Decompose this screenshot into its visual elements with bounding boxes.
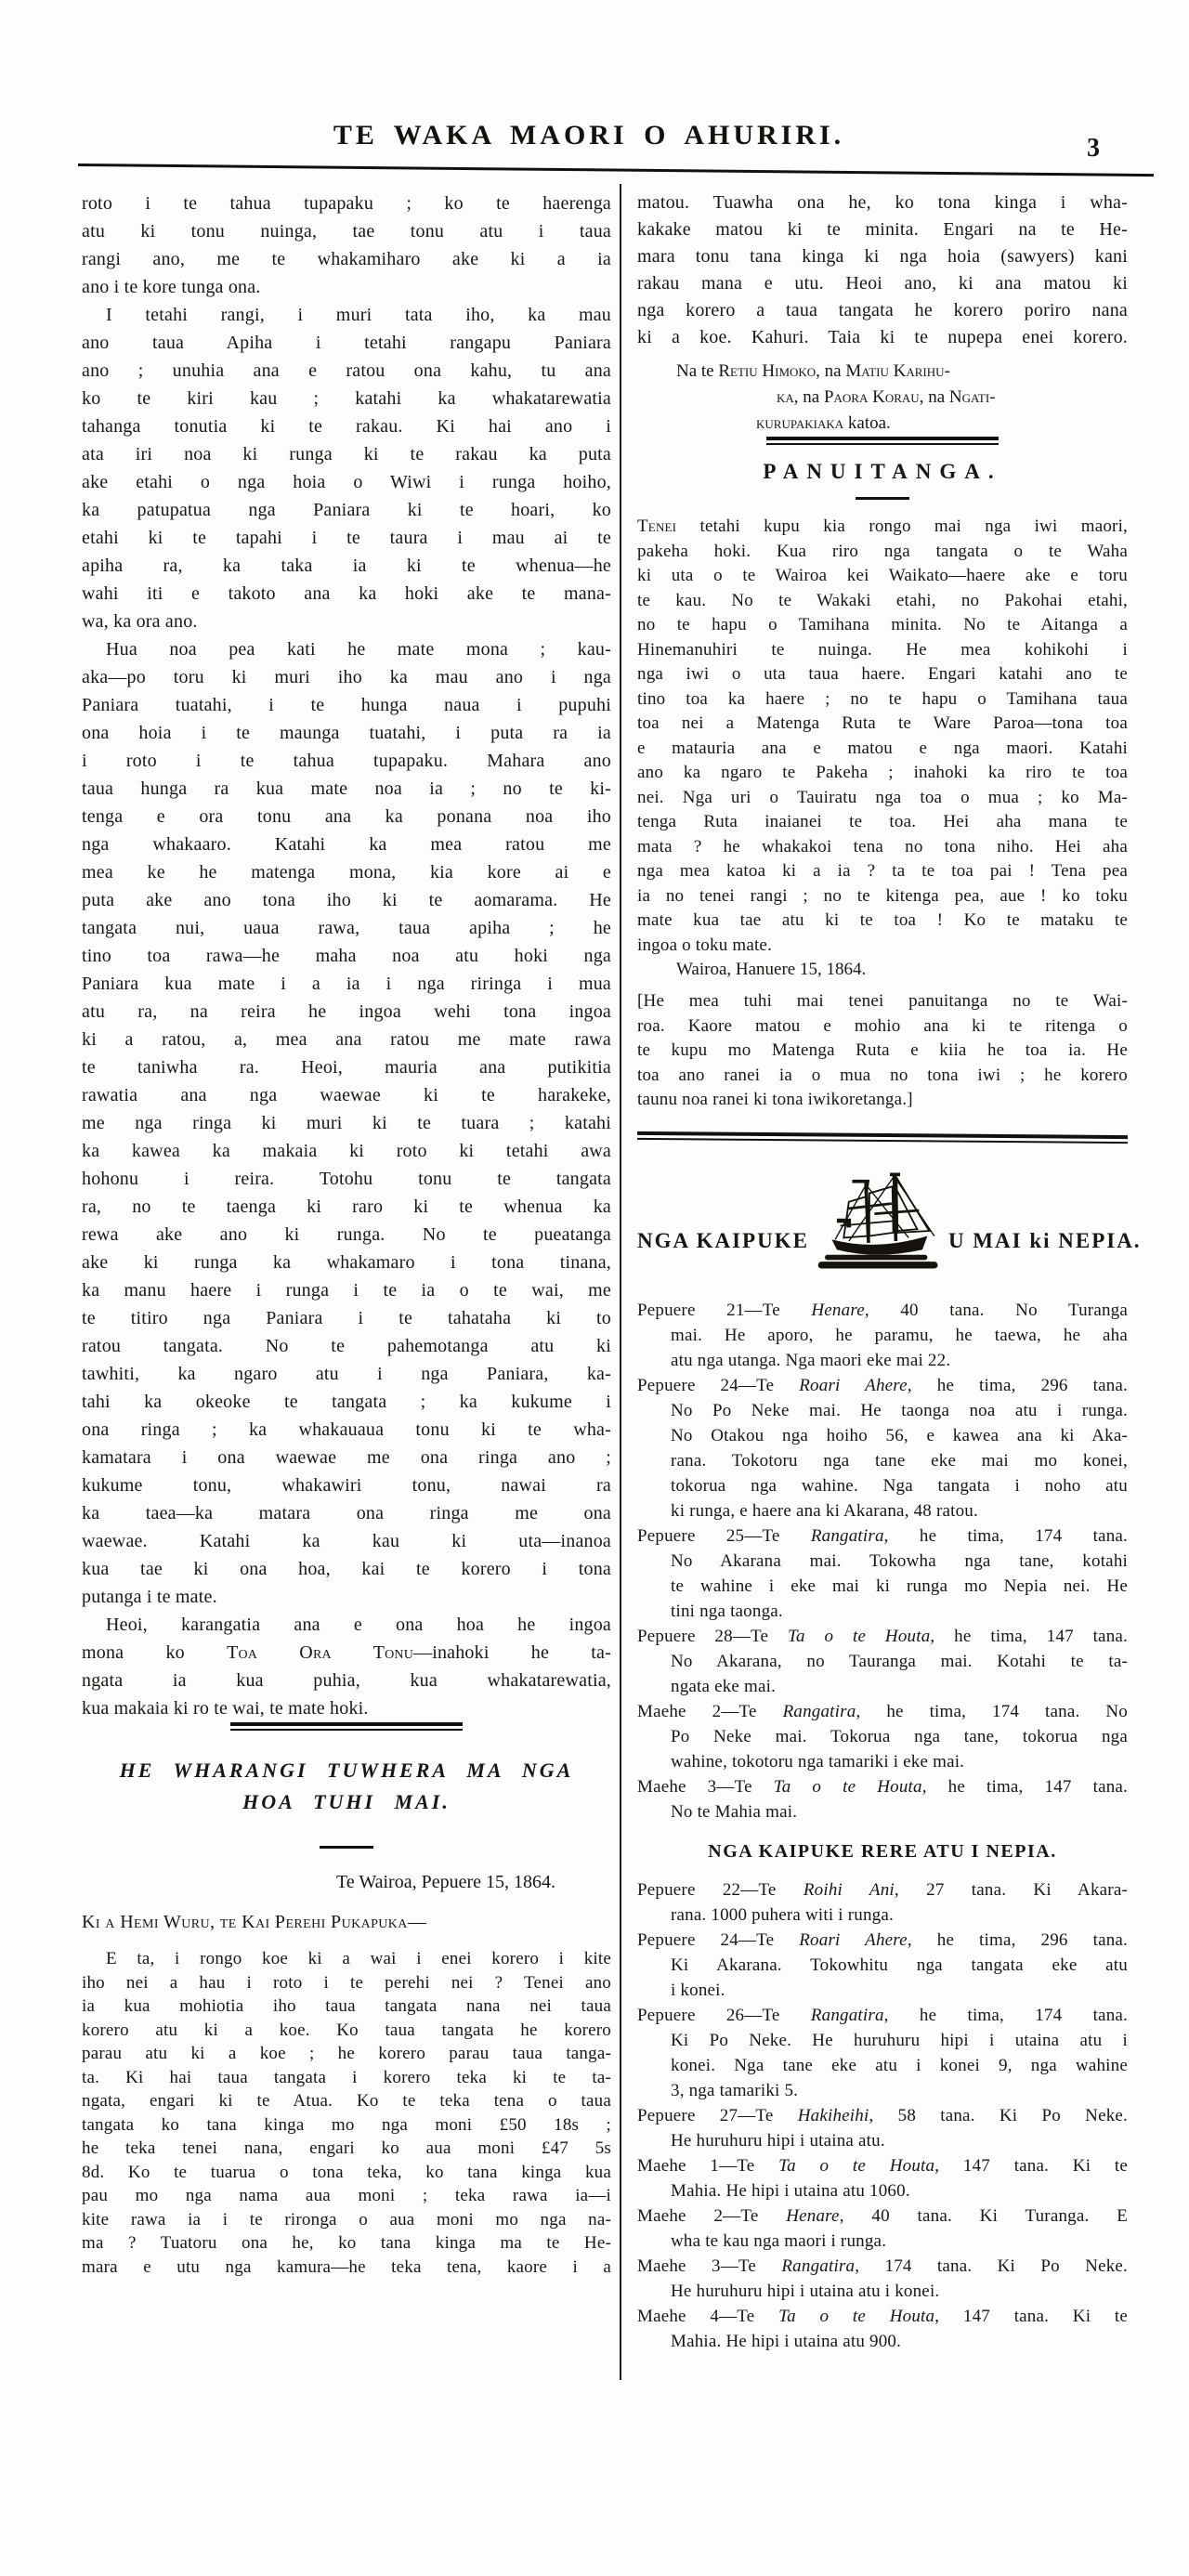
text-line: Tenei tetahi kupu kia rongo mai nga iwi …	[637, 515, 1128, 540]
shipping-entry: Pepuere 27—Te Hakiheihi, 58 tana. Ki Po …	[637, 2103, 1128, 2153]
text-line: 3, nga tamariki 5.	[637, 2078, 1128, 2103]
arrivals-heading: NGA KAIPUKE	[637, 1155, 1128, 1277]
right-column: matou. Tuawha ona he, ko tona kinga i wh…	[637, 190, 1128, 2354]
text-line: nga korero a taua tangata he korero pori…	[637, 297, 1128, 324]
ship-name: Roihi Ani	[804, 1880, 895, 1900]
ship-name: Rangatira	[783, 1702, 856, 1721]
text-line: ngata eke mai.	[637, 1674, 1128, 1699]
text-line: Hinemanuhiri te nuinga. He mea kohikohi …	[637, 638, 1128, 663]
text-line: He huruhuru hipi i utaina atu i konei.	[637, 2279, 1128, 2304]
shipping-entry: Maehe 3—Te Rangatira, 174 tana. Ki Po Ne…	[637, 2254, 1128, 2304]
text-line: mara e utu nga kamura—he teka tena, kaor…	[82, 2256, 611, 2280]
text-line: aka—po toru ki muri iho ka mau ano i nga	[82, 663, 611, 691]
text-line: Hua noa pea kati he mate mona ; kau-	[82, 635, 611, 663]
text-line: iho nei a hau i roto i te perehi nei ? T…	[82, 1971, 611, 1995]
signatory-name: Retiu Himoko	[718, 361, 816, 381]
story-paragraph-1: roto i te tahua tupapaku ; ko te haereng…	[82, 190, 611, 301]
text-line: putanga i te mate.	[82, 1583, 611, 1611]
text-line: roa. Kaore matou e mohio ana ki te riten…	[637, 1014, 1128, 1040]
text-line: I tetahi rangi, i muri tata iho, ka mau	[82, 301, 611, 329]
text-line: ake ki runga ka whakamaro i tona tinana,	[82, 1249, 611, 1276]
signature-line: ka, na Paora Korau, na Ngati-	[637, 385, 1128, 411]
emphasized-name: Toa Ora Tonu	[227, 1642, 413, 1663]
text-line: hohonu i reira. Totohu tonu te tangata	[82, 1165, 611, 1193]
shipping-entry: Maehe 4—Te Ta o te Houta, 147 tana. Ki t…	[637, 2304, 1128, 2354]
heading-underline-rule	[320, 1846, 373, 1849]
text-line: te kau. No te Wakaki etahi, no Pakohai e…	[637, 589, 1128, 614]
text-line: ano ; unuhia ana e ratou ona kahu, tu an…	[82, 357, 611, 385]
heading-underline-rule	[856, 497, 909, 500]
shipping-entry: Maehe 1—Te Ta o te Houta, 147 tana. Ki t…	[637, 2153, 1128, 2203]
text-line: rawatia ana nga waewae ki te harakeke,	[82, 1081, 611, 1109]
text-line: atu ki tonu nuinga, tae tonu atu i taua	[82, 217, 611, 245]
entry-continuation: No Akarana, no Tauranga mai. Kotahi te t…	[637, 1649, 1128, 1699]
text-line: tangata nui, uaua rawa, taua apiha ; he	[82, 914, 611, 942]
ship-name: Ta o te Houta	[778, 2307, 934, 2326]
text-line: ki a ratou, a, mea ana ratou me mate raw…	[82, 1026, 611, 1053]
entry-continuation: Ki Akarana. Tokowhitu nga tangata eke at…	[637, 1953, 1128, 2003]
text-line: Po Neke mai. Tokorua nga tane, tokorua n…	[637, 1724, 1128, 1749]
text-line: Maehe 2—Te Rangatira, he tima, 174 tana.…	[637, 1699, 1128, 1724]
text-line: ano taua Apiha i tetahi rangapu Paniara	[82, 329, 611, 357]
text-line: e matauria ana e matou e nga maori. Kata…	[637, 737, 1128, 762]
text-line: ka manu haere i runga i te ia o te wai, …	[82, 1276, 611, 1304]
entry-continuation: He huruhuru hipi i utaina atu i konei.	[637, 2279, 1128, 2304]
text-line: taunu noa ranei ki tona iwikoretanga.]	[637, 1088, 1128, 1113]
text-line: tokorua nga wahine. Nga tangata i noho a…	[637, 1473, 1128, 1498]
entry-continuation: No te Mahia mai.	[637, 1799, 1128, 1824]
text-line: Maehe 4—Te Ta o te Houta, 147 tana. Ki t…	[637, 2304, 1128, 2329]
text-line: kamatara i ona waewae me ona ringa ano ;	[82, 1444, 611, 1471]
ship-name: Henare	[786, 2206, 839, 2226]
shipping-entry: Maehe 2—Te Rangatira, he tima, 174 tana.…	[637, 1699, 1128, 1774]
text-line: te titiro nga Paniara i te tahataha ki t…	[82, 1304, 611, 1332]
text-line: ake etahi o nga hoia o Wiwi i runga hoih…	[82, 468, 611, 496]
text-line: kua tae ki ona hoa, kai te korero i tona	[82, 1555, 611, 1583]
text-line: pakeha hoki. Kua riro nga tangata o te W…	[637, 540, 1128, 565]
text-line: Ki Akarana. Tokowhitu nga tangata eke at…	[637, 1953, 1128, 1978]
panuitanga-heading: PANUITANGA.	[637, 460, 1128, 484]
text-line: pau mo nga nama aua moni ; teka rawa ia—…	[82, 2184, 611, 2208]
text-line: No Akarana mai. Tokowha nga tane, kotahi	[637, 1549, 1128, 1574]
text-line: Paniara tuatahi, i te hunga naua i pupuh…	[82, 691, 611, 719]
text-line: mata ? he whakakoi tena no tona niho. He…	[637, 835, 1128, 860]
letter-dateline: Te Wairoa, Pepuere 15, 1864.	[82, 1871, 611, 1893]
ship-name: Roari Ahere	[799, 1930, 908, 1950]
text-line: ia kua mohiotia iho taua tangata nana ne…	[82, 1994, 611, 2019]
entry-continuation: Po Neke mai. Tokorua nga tane, tokorua n…	[637, 1724, 1128, 1774]
text-line: rangi ano, me te whakamiharo ake ki a ia	[82, 245, 611, 273]
panuitanga-dateline: Wairoa, Hanuere 15, 1864.	[637, 958, 1128, 982]
text-line: taua hunga ra kua mate noa ia ; no te ki…	[82, 775, 611, 803]
text-line: te taniwha ra. Heoi, mauria ana putikiti…	[82, 1053, 611, 1081]
text-line: rana. 1000 puhera witi i runga.	[637, 1903, 1128, 1928]
text-line: i roto i te tahua tupapaku. Mahara ano	[82, 747, 611, 775]
text-line: No Akarana, no Tauranga mai. Kotahi te t…	[637, 1649, 1128, 1674]
text-line: tenga Ruta inaianei te toa. Hei aha mana…	[637, 810, 1128, 835]
text-line: rakau mana e utu. Heoi ano, ki ana matou…	[637, 270, 1128, 297]
newspaper-masthead: TE WAKA MAORI O AHURIRI.	[0, 120, 1178, 151]
text-line: tino toa rawa—he maha noa atu hoki nga	[82, 942, 611, 970]
text-line: Pepuere 24—Te Roari Ahere, he tima, 296 …	[637, 1373, 1128, 1398]
text-line: tawhiti, ka ngaro atu i nga Paniara, ka-	[82, 1360, 611, 1388]
text-line: mai. He aporo, he paramu, he taewa, he a…	[637, 1323, 1128, 1348]
shipping-entry: Pepuere 26—Te Rangatira, he tima, 174 ta…	[637, 2003, 1128, 2103]
text-line: etahi ki te tapahi i te taura i mau ai t…	[82, 524, 611, 552]
entry-continuation: Mahia. He hipi i utaina atu 1060.	[637, 2178, 1128, 2203]
shipping-entry: Pepuere 24—Te Roari Ahere, he tima, 296 …	[637, 1928, 1128, 2003]
shipping-entry: Pepuere 24—Te Roari Ahere, he tima, 296 …	[637, 1373, 1128, 1523]
left-column: roto i te tahua tupapaku ; ko te haereng…	[82, 190, 611, 2279]
text-line: me nga ringa ki muri ki te tuara ; katah…	[82, 1109, 611, 1137]
text-line: Pepuere 22—Te Roihi Ani, 27 tana. Ki Aka…	[637, 1877, 1128, 1903]
text-line: te kupu mo Matenga Ruta e kiia he toa ia…	[637, 1039, 1128, 1064]
story-paragraph-4: Heoi, karangatia ana e ona hoa he ingoa …	[82, 1611, 611, 1722]
text-line: He huruhuru hipi i utaina atu.	[637, 2128, 1128, 2153]
letter-signature: Na te Retiu Himoko, na Matiu Karihu- ka,…	[637, 359, 1128, 437]
entry-continuation: He huruhuru hipi i utaina atu.	[637, 2128, 1128, 2153]
text-line: ano i te kore tunga ona.	[82, 273, 611, 301]
column-divider-rule	[620, 184, 621, 2380]
shipping-entry: Maehe 3—Te Ta o te Houta, he tima, 147 t…	[637, 1774, 1128, 1824]
text-line: no te hapu o Tamihana minita. No te Aita…	[637, 613, 1128, 638]
page-number: 3	[1087, 134, 1100, 163]
text-line: ka kawea ka makaia ki roto ki tetahi awa	[82, 1137, 611, 1165]
text-line: Mahia. He hipi i utaina atu 900.	[637, 2329, 1128, 2354]
text-line: Pepuere 27—Te Hakiheihi, 58 tana. Ki Po …	[637, 2103, 1128, 2128]
text-line: ia no tenei rangi ; no te kitenga pea, a…	[637, 884, 1128, 909]
arrivals-heading-left: NGA KAIPUKE	[637, 1229, 809, 1277]
text-line: rana. Tokotoru nga tane eke mai mo konei…	[637, 1448, 1128, 1473]
text-line: ki a koe. Kahuri. Taia ki te nupepa enei…	[637, 324, 1128, 351]
text-line: nga iwi o uta taua haere. Engari katahi …	[637, 662, 1128, 687]
text-line: konei. Nga tane eke atu i konei 9, nga w…	[637, 2053, 1128, 2078]
letter-body: E ta, i rongo koe ki a wai i enei korero…	[82, 1947, 611, 2279]
ship-name: Rangatira	[811, 2006, 884, 2025]
text-line: ingoa o toku mate.	[637, 934, 1128, 959]
letters-section-heading: HE WHARANGI TUWHERA MA NGA HOA TUHI MAI.	[82, 1755, 611, 1818]
text-line: nei. Nga uri o Tauiratu nga toa o mua ; …	[637, 786, 1128, 811]
text-line: ngata ia kua puhia, kua whakatarewatia,	[82, 1667, 611, 1694]
story-paragraph-3: Hua noa pea kati he mate mona ; kau-aka—…	[82, 635, 611, 1611]
text-line: Maehe 1—Te Ta o te Houta, 147 tana. Ki t…	[637, 2153, 1128, 2178]
text-line: Maehe 3—Te Ta o te Houta, he tima, 147 t…	[637, 1774, 1128, 1799]
text-line: E ta, i rongo koe ki a wai i enei korero…	[82, 1947, 611, 1971]
text-line: apiha ra, ka taka ia ki te whenua—he	[82, 552, 611, 580]
shipping-entry: Maehe 2—Te Henare, 40 tana. Ki Turanga. …	[637, 2203, 1128, 2254]
text-line: wha te kau nga maori i runga.	[637, 2229, 1128, 2254]
text-line: Heoi, karangatia ana e ona hoa he ingoa	[82, 1611, 611, 1639]
text-line: No te Mahia mai.	[637, 1799, 1128, 1824]
text-line: te wahine i eke mai ki runga mo Nepia ne…	[637, 1574, 1128, 1599]
signature-line: Na te Retiu Himoko, na Matiu Karihu-	[637, 359, 1128, 385]
arrivals-list: Pepuere 21—Te Henare, 40 tana. No Turang…	[637, 1298, 1128, 1824]
text-line: Paniara kua mate i a ia i nga riringa i …	[82, 970, 611, 998]
text-line: mona ko Toa Ora Tonu—inahoki he ta-	[82, 1639, 611, 1667]
text-line: ko te kiri kau ; katahi ka whakatarewati…	[82, 385, 611, 412]
signatory-name: Ngati-	[949, 387, 996, 407]
entry-continuation: No Po Neke mai. He taonga noa atu i rung…	[637, 1398, 1128, 1523]
entry-continuation: wha te kau nga maori i runga.	[637, 2229, 1128, 2254]
text-line: matou. Tuawha ona he, ko tona kinga i wh…	[637, 190, 1128, 216]
section-divider-rule	[637, 1131, 1128, 1143]
signatory-name: Matiu Karihu-	[845, 361, 949, 381]
ship-name: Henare	[811, 1301, 864, 1320]
text-line: roto i te tahua tupapaku ; ko te haereng…	[82, 190, 611, 217]
ship-name: Roari Ahere	[799, 1376, 908, 1395]
entry-continuation: mai. He aporo, he paramu, he taewa, he a…	[637, 1323, 1128, 1373]
signature-line: kurupakiaka katoa.	[637, 411, 1128, 437]
text-line: ka taea—ka matara ona ringa me ona	[82, 1499, 611, 1527]
text-line: ano ka ngaro te Pakeha ; inahoki ka riro…	[637, 761, 1128, 786]
text-line: wa, ka ora ano.	[82, 608, 611, 635]
text-line: korero atu ki a koe. Ko taua tangata he …	[82, 2019, 611, 2043]
ship-name: Rangatira	[781, 2256, 855, 2276]
ship-name: Rangatira	[811, 1526, 884, 1546]
text-line: ona ringa ; ka whakauaua tonu ki te wha-	[82, 1416, 611, 1444]
ship-name: Ta o te Houta	[788, 1627, 930, 1646]
text-line: puta ake ano tona iho ki te aomarama. He	[82, 886, 611, 914]
text-line: parau atu ki a koe ; he korero parau tau…	[82, 2042, 611, 2066]
section-divider-rule	[230, 1722, 463, 1731]
ship-name: Ta o te Houta	[778, 2156, 934, 2176]
section-divider-rule	[766, 437, 999, 445]
text-line: mara tonu tana kinga ki nga hoia (sawyer…	[637, 243, 1128, 270]
text-line: rewa ake ano ki runga. No te pueatanga	[82, 1221, 611, 1249]
text-line: i konei.	[637, 1978, 1128, 2003]
text-line: Pepuere 25—Te Rangatira, he tima, 174 ta…	[637, 1523, 1128, 1549]
shipping-entry: Pepuere 28—Te Ta o te Houta, he tima, 14…	[637, 1624, 1128, 1699]
text-line: waewae. Katahi ka kau ki uta—inanoa	[82, 1527, 611, 1555]
story-paragraph-2: I tetahi rangi, i muri tata iho, ka maua…	[82, 301, 611, 635]
letter-salutation: Ki a Hemi Wuru, te Kai Perehi Pukapuka—	[82, 1910, 611, 1934]
ship-name: Ta o te Houta	[774, 1777, 922, 1797]
text-line: Mahia. He hipi i utaina atu 1060.	[637, 2178, 1128, 2203]
text-line: ata iri noa ki runga ki te rakau ka puta	[82, 440, 611, 468]
text-line: kakake matou ki te minita. Engari na te …	[637, 216, 1128, 243]
shipping-entry: Pepuere 22—Te Roihi Ani, 27 tana. Ki Aka…	[637, 1877, 1128, 1928]
ship-name: Hakiheihi	[798, 2106, 869, 2125]
text-line: Maehe 2—Te Henare, 40 tana. Ki Turanga. …	[637, 2203, 1128, 2229]
text-line: tahanga tonutia ki te rakau. Ki hai ano …	[82, 412, 611, 440]
arrivals-heading-right: U MAI ki NEPIA.	[948, 1229, 1142, 1277]
text-line: tini nga taonga.	[637, 1599, 1128, 1624]
sailing-ship-icon	[815, 1164, 943, 1277]
text-line: wahine, tokotoru nga tamariki i eke mai.	[637, 1749, 1128, 1774]
shipping-entry: Pepuere 21—Te Henare, 40 tana. No Turang…	[637, 1298, 1128, 1373]
text-line: kua makaia ki ro te wai, te mate hoki.	[82, 1694, 611, 1722]
entry-continuation: Mahia. He hipi i utaina atu 900.	[637, 2329, 1128, 2354]
text-line: Pepuere 26—Te Rangatira, he tima, 174 ta…	[637, 2003, 1128, 2028]
departures-heading: NGA KAIPUKE RERE ATU I NEPIA.	[637, 1841, 1128, 1863]
text-line: [He mea tuhi mai tenei panuitanga no te …	[637, 989, 1128, 1014]
text-line: mea ke he matenga mona, kia kore ai e	[82, 858, 611, 886]
text-line: ngata, engari ki te Atua. Ko te teka ten…	[82, 2089, 611, 2113]
letter-end-paragraph: matou. Tuawha ona he, ko tona kinga i wh…	[637, 190, 1128, 351]
text-line: Ki Po Neke. He huruhuru hipi i utaina at…	[637, 2028, 1128, 2053]
text-line: kite rawa ia i te rironga o aua moni mo …	[82, 2208, 611, 2232]
text-line: Maehe 3—Te Rangatira, 174 tana. Ki Po Ne…	[637, 2254, 1128, 2279]
text-line: Pepuere 24—Te Roari Ahere, he tima, 296 …	[637, 1928, 1128, 1953]
text-line: tangata ko tana kinga mo nga moni £50 18…	[82, 2113, 611, 2138]
text-line: atu ra, na reira he ingoa wehi tona ingo…	[82, 998, 611, 1026]
panuitanga-body-lines: pakeha hoki. Kua riro nga tangata o te W…	[637, 540, 1128, 959]
text-line: tahi ka okeoke te tangata ; ka kukume i	[82, 1388, 611, 1416]
text-line: No Otakou nga hoiho 56, e kawea ana ki A…	[637, 1423, 1128, 1448]
panuitanga-body: Tenei tetahi kupu kia rongo mai nga iwi …	[637, 515, 1128, 540]
text-line: nga mea katoa ki a ia ? ta te toa pai ! …	[637, 859, 1128, 884]
entry-continuation: rana. 1000 puhera witi i runga.	[637, 1903, 1128, 1928]
text-line: ratou tangata. No te pahemotanga atu ki	[82, 1332, 611, 1360]
text-line: Pepuere 21—Te Henare, 40 tana. No Turang…	[637, 1298, 1128, 1323]
departures-list: Pepuere 22—Te Roihi Ani, 27 tana. Ki Aka…	[637, 1877, 1128, 2354]
text-line: kukume tonu, whakawiri tonu, nawai ra	[82, 1471, 611, 1499]
entry-continuation: No Akarana mai. Tokowha nga tane, kotahi…	[637, 1549, 1128, 1624]
text-line: tenga e ora tonu ana ka ponana noa iho	[82, 803, 611, 830]
text-line: ki runga, e haere ana ki Akarana, 48 rat…	[637, 1498, 1128, 1523]
text-line: he teka tenei nana, engari ko aua moni £…	[82, 2137, 611, 2161]
signatory-name: kurupakiaka	[756, 413, 843, 433]
text-line: mate kua tae atu ki te toa ! Ko te matak…	[637, 909, 1128, 934]
text-line: ta. Ki hai taua tangata i korero teka ki…	[82, 2066, 611, 2090]
text-line: ki uta o te Wairoa kei Waikato—haere ake…	[637, 564, 1128, 589]
text-line: 8d. Ko te tuarua o tona teka, ko tana ki…	[82, 2161, 611, 2185]
text-line: wahi iti e takoto ana ka hoki ake te man…	[82, 580, 611, 608]
shipping-entry: Pepuere 25—Te Rangatira, he tima, 174 ta…	[637, 1523, 1128, 1624]
header-rule	[78, 163, 1154, 177]
text-line: toa nei a Matenga Ruta te Ware Paroa—ton…	[637, 712, 1128, 737]
text-line: ra, no te taenga ki raro ki te whenua ka	[82, 1193, 611, 1221]
signatory-name: Paora Korau	[824, 387, 920, 407]
text-line: tino toa ka haere ; no te hapu o Tamihan…	[637, 687, 1128, 713]
text-line: atu nga utanga. Nga maori eke mai 22.	[637, 1348, 1128, 1373]
text-line: Pepuere 28—Te Ta o te Houta, he tima, 14…	[637, 1624, 1128, 1649]
editor-note: [He mea tuhi mai tenei panuitanga no te …	[637, 989, 1128, 1113]
entry-continuation: Ki Po Neke. He huruhuru hipi i utaina at…	[637, 2028, 1128, 2103]
text-line: ona hoia i te maunga tuatahi, i puta ra …	[82, 719, 611, 747]
text-line: ma ? Tuatoru ona he, ko tana kinga ma te…	[82, 2231, 611, 2256]
text-line: nga whakaaro. Katahi ka mea ratou me	[82, 830, 611, 858]
text-line: No Po Neke mai. He taonga noa atu i rung…	[637, 1398, 1128, 1423]
text-line: toa ano ranei ia o mua no tona iwi ; he …	[637, 1064, 1128, 1089]
signatory-name: ka	[777, 387, 794, 407]
text-line: ka patupatua nga Paniara ki te hoari, ko	[82, 496, 611, 524]
